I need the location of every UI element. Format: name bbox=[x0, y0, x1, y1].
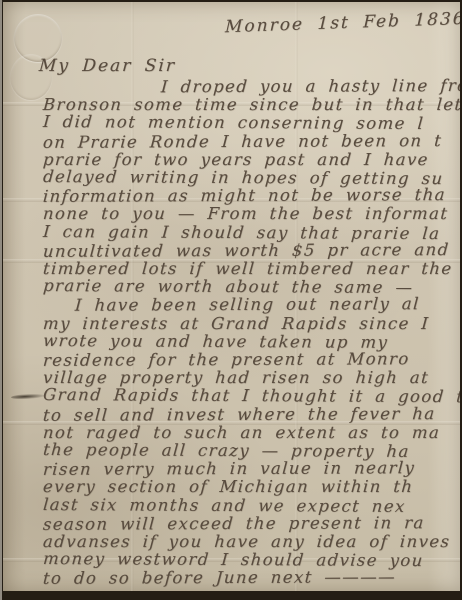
letter-line: every section of Michigan within th bbox=[3, 478, 460, 496]
letter-line: I have been selling out nearly al bbox=[3, 295, 460, 315]
letter-body: I droped you a hasty line froBronson som… bbox=[3, 78, 460, 591]
salutation: My Dear Sir bbox=[38, 56, 176, 76]
scan-edge-highlight bbox=[0, 0, 2, 600]
paragraph: I droped you a hasty line froBronson som… bbox=[3, 78, 460, 296]
scanned-letter-page: { "document": { "kind": "handwritten let… bbox=[0, 0, 462, 600]
letter-line: to do so before June next ———— bbox=[3, 568, 460, 588]
letter-line: none to you — From the best informat bbox=[3, 205, 460, 223]
letter-paper: Monroe 1st Feb 1836 My Dear Sir I droped… bbox=[3, 2, 460, 591]
letter-line: on Prarie Ronde I have not been on t bbox=[3, 132, 460, 152]
letter-line: uncultivated was worth $5 pr acre and bbox=[3, 241, 460, 261]
letter-line: to sell and invest where the fever ha bbox=[3, 405, 460, 425]
letter-line: my interests at Grand Rapids since I bbox=[3, 315, 460, 333]
paragraph: I have been selling out nearly almy inte… bbox=[3, 296, 460, 587]
dateline: Monroe 1st Feb 1836 bbox=[225, 9, 460, 37]
